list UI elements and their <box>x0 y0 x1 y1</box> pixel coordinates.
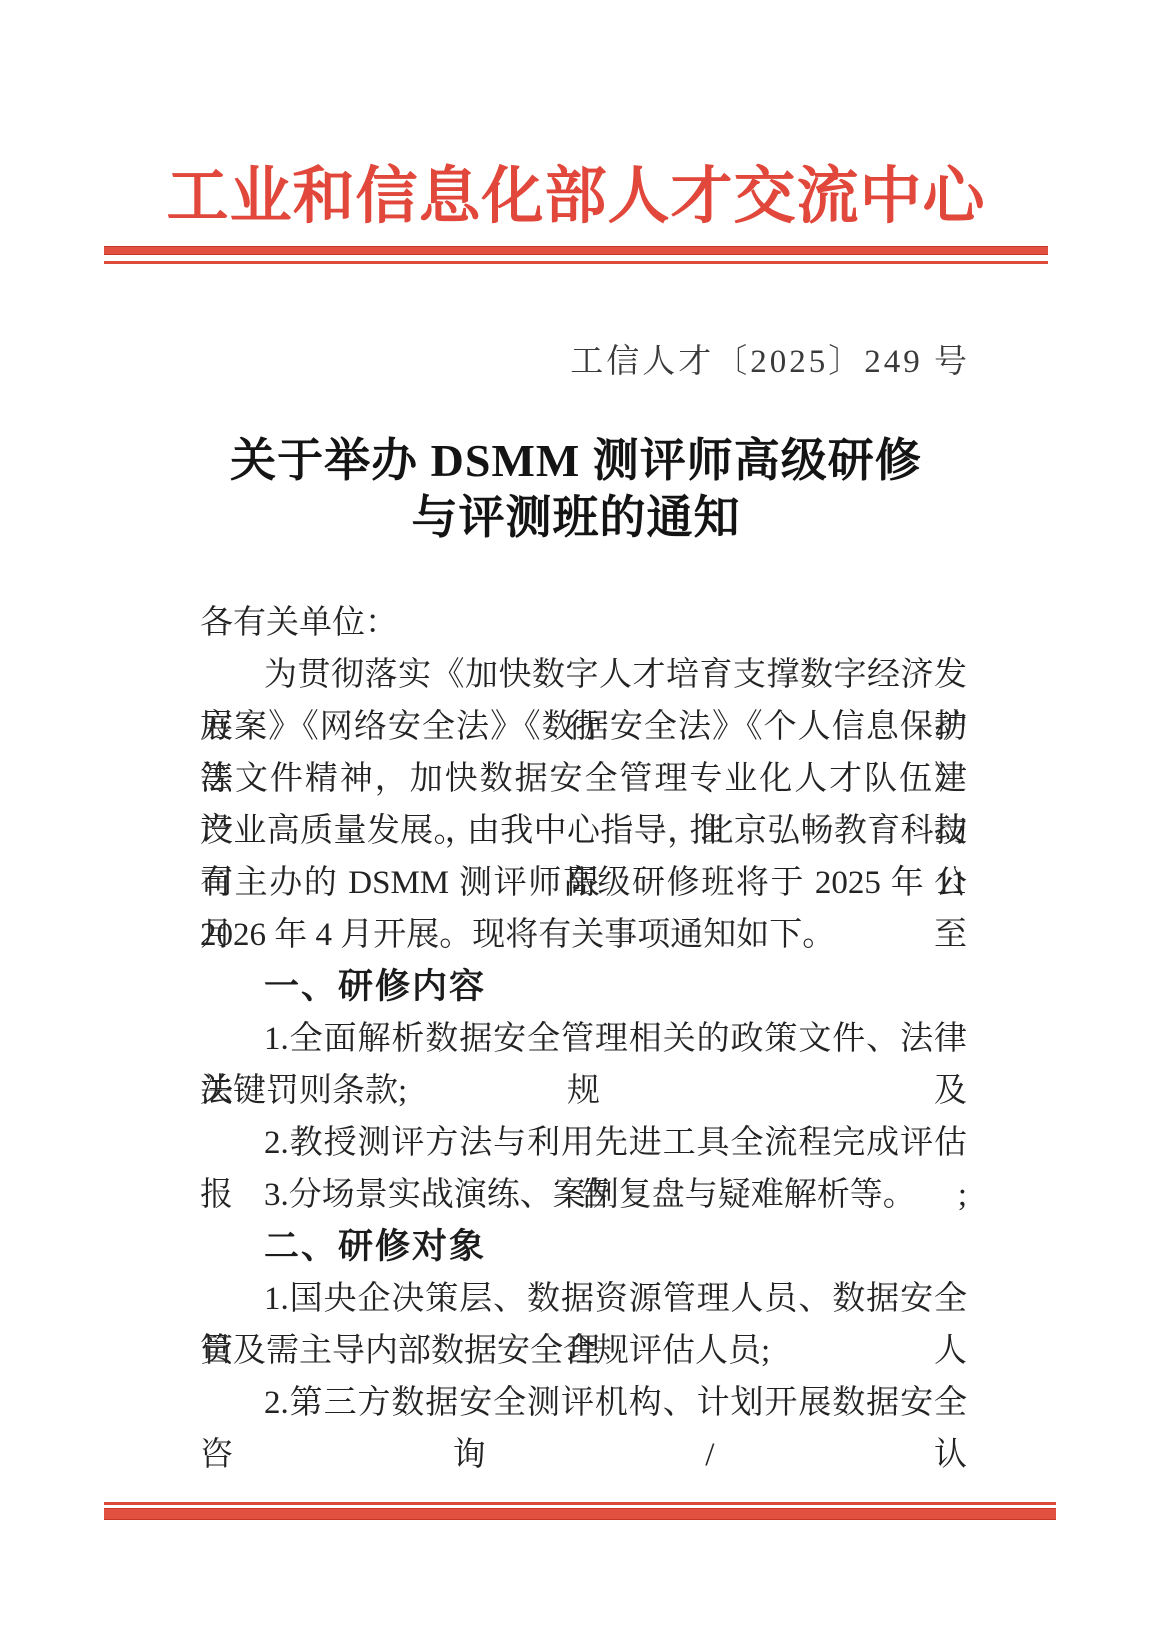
body-line: 产业高质量发展。由我中心指导，北京弘畅教育科技有限公 <box>200 805 967 857</box>
rule-thin-line <box>104 1502 1056 1505</box>
list-item: 2.教授测评方法与利用先进工具全流程完成评估报告; <box>200 1117 967 1169</box>
salutation-line: 各有关单位： <box>200 597 967 649</box>
letterhead-org-name: 工业和信息化部人才交流中心 <box>0 146 1152 235</box>
rule-thick-line <box>104 1508 1056 1520</box>
list-item: 2.第三方数据安全测评机构、计划开展数据安全咨询/认 <box>200 1377 967 1429</box>
document-page: 工业和信息化部人才交流中心 工信人才〔2025〕249 号 关于举办 DSMM … <box>0 0 1152 1626</box>
section-heading-1: 一、研修内容 <box>200 961 967 1013</box>
letterhead-double-rule <box>104 246 1048 264</box>
rule-thin-line <box>104 261 1048 264</box>
body-line: 为贯彻落实《加快数字人才培育支撑数字经济发展行动 <box>200 649 967 701</box>
list-item: 1.全面解析数据安全管理相关的政策文件、法律法规及 <box>200 1013 967 1065</box>
notice-title-line-1: 关于举办 DSMM 测评师高级研修 <box>0 432 1152 489</box>
document-number: 工信人才〔2025〕249 号 <box>570 335 970 382</box>
notice-title: 关于举办 DSMM 测评师高级研修 与评测班的通知 <box>0 432 1152 546</box>
body-line: 方案》《网络安全法》《数据安全法》《个人信息保护法》 <box>200 701 967 753</box>
body-line: 等文件精神，加快数据安全管理专业化人才队伍建设，推动 <box>200 753 967 805</box>
footer-double-rule <box>104 1502 1056 1520</box>
section-heading-2: 二、研修对象 <box>200 1221 967 1273</box>
rule-thick-line <box>104 246 1048 255</box>
body-line: 司主办的 DSMM 测评师高级研修班将于 2025 年 11 月至 <box>200 857 967 909</box>
list-item: 3.分场景实战演练、案例复盘与疑难解析等。 <box>200 1169 967 1221</box>
notice-title-line-2: 与评测班的通知 <box>0 489 1152 546</box>
list-item: 1.国央企决策层、数据资源管理人员、数据安全管理人 <box>200 1273 967 1325</box>
notice-body: 各有关单位： 为贯彻落实《加快数字人才培育支撑数字经济发展行动 方案》《网络安全… <box>200 597 967 1429</box>
